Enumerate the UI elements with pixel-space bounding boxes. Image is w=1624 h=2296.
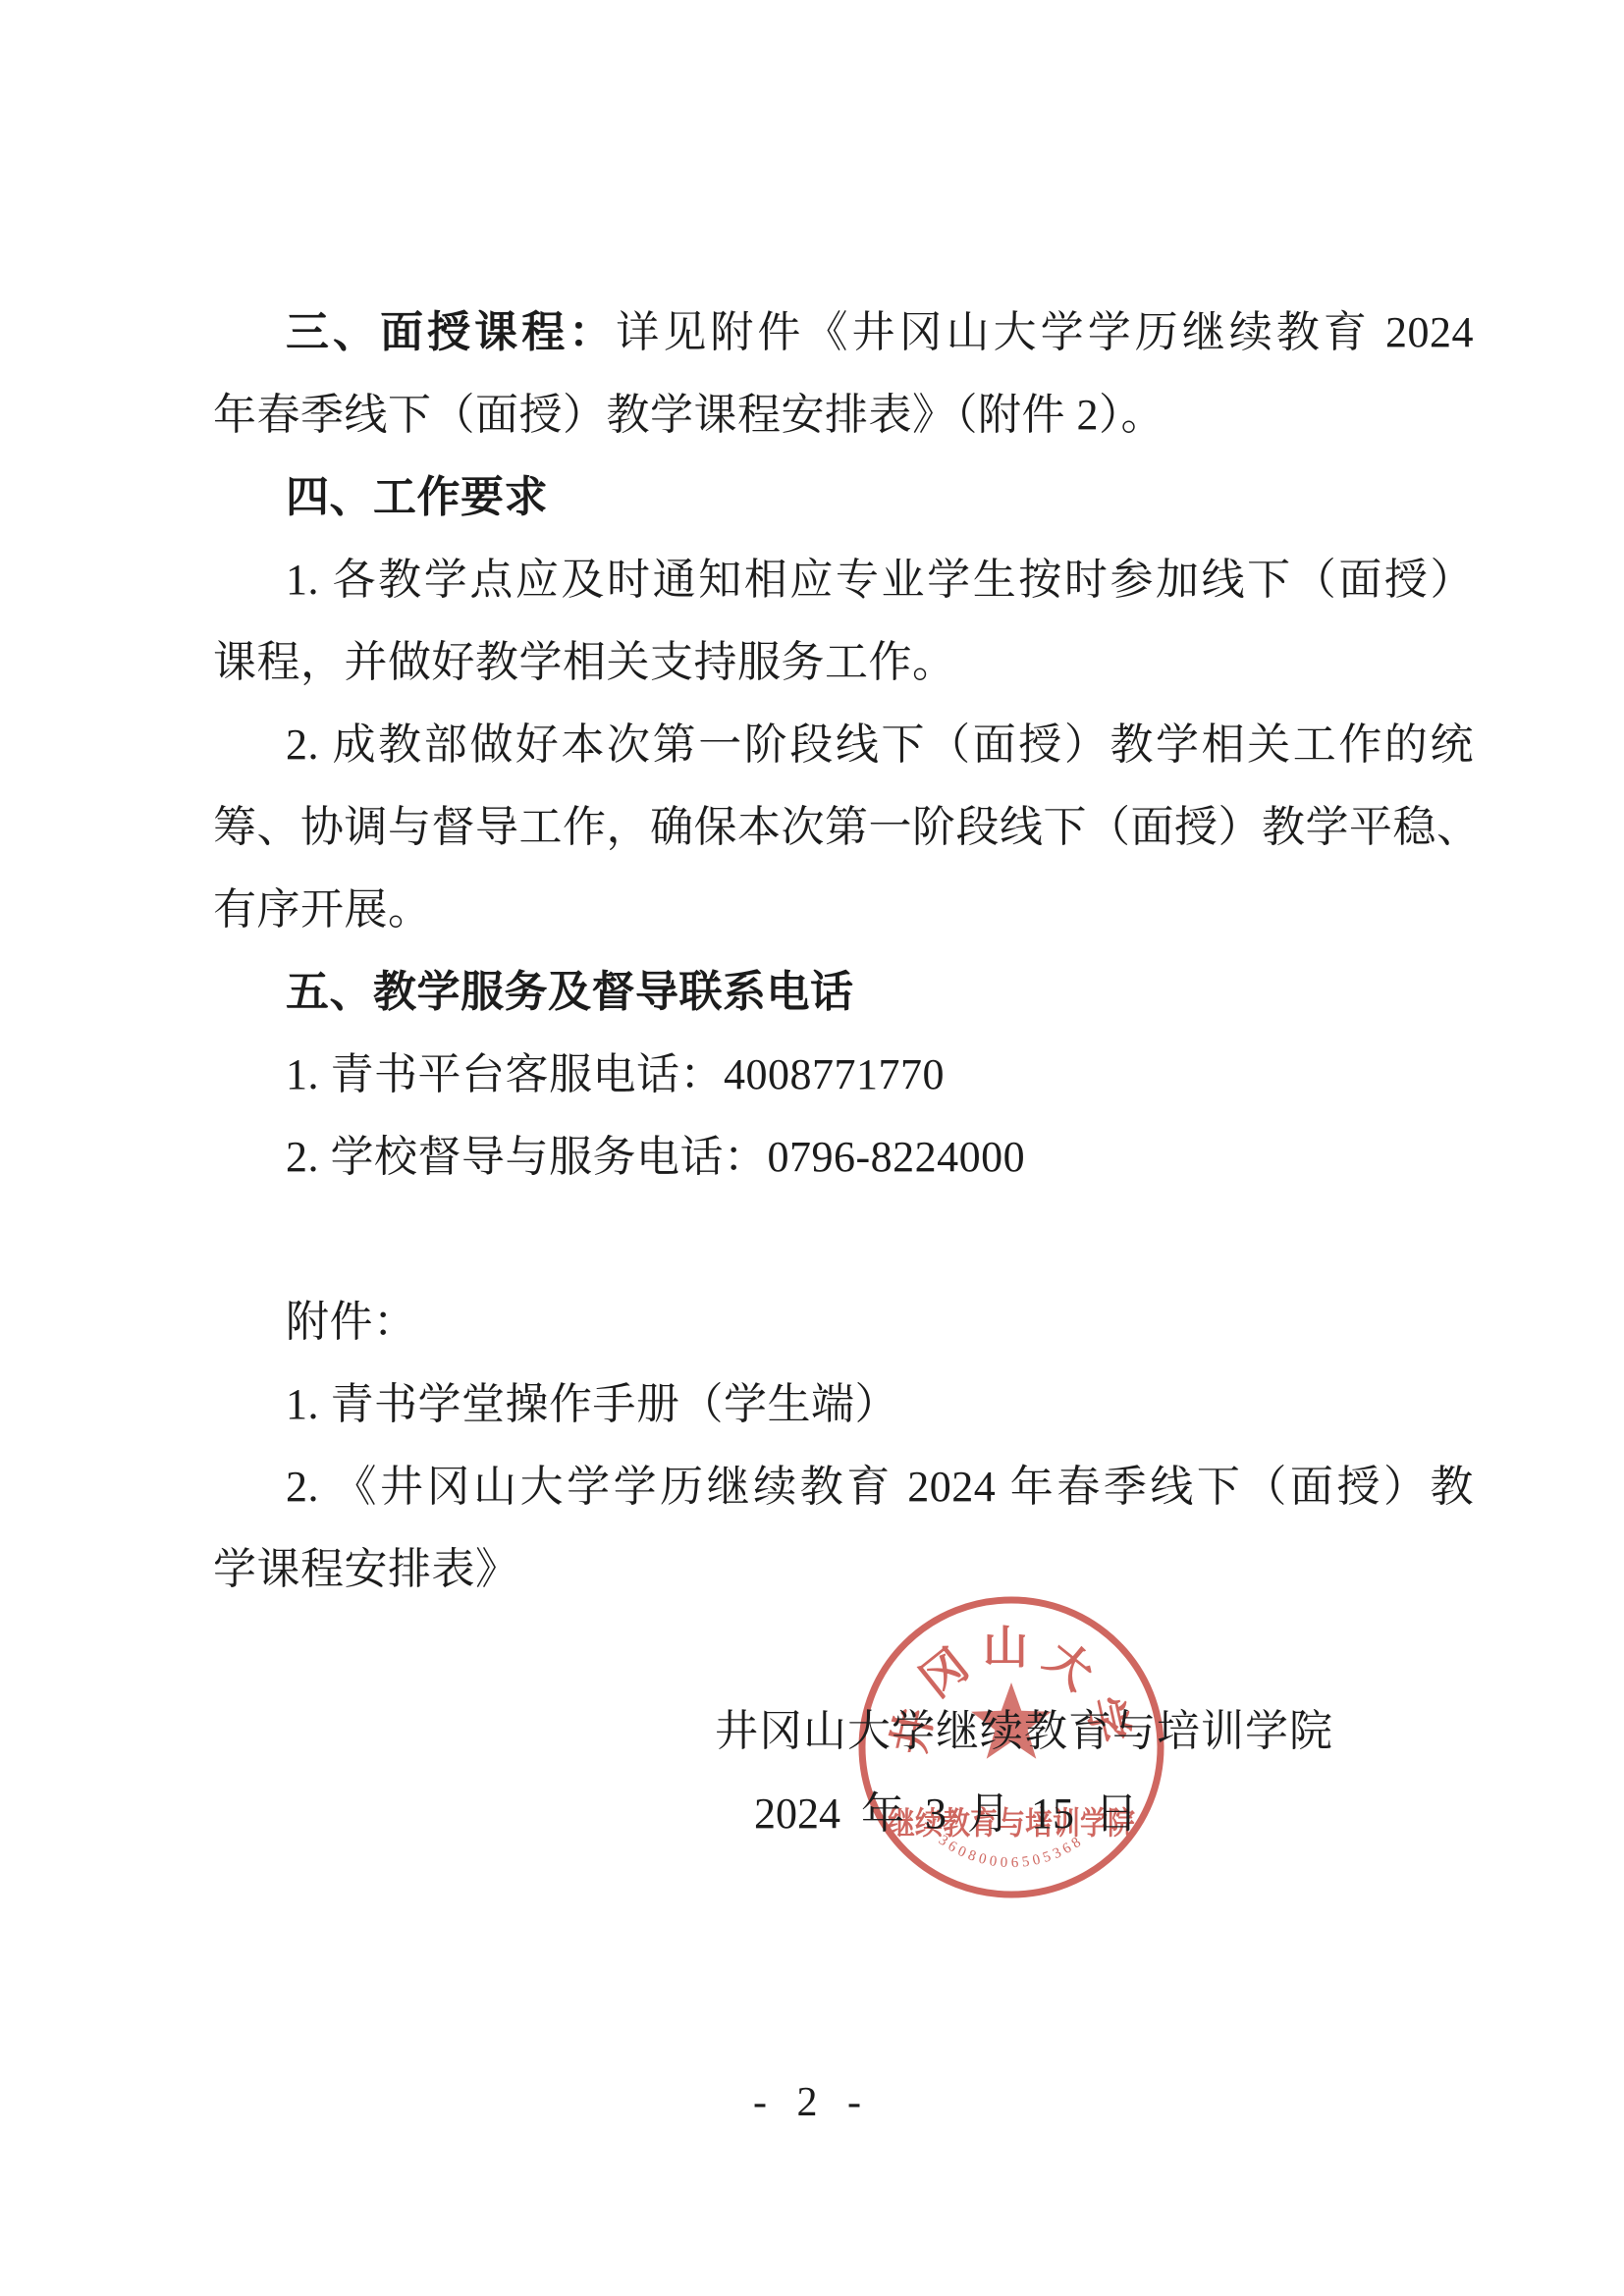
- section3-line2: 年春季线下（面授）教学课程安排表》（附件 2）。: [213, 374, 1474, 456]
- attachments-label: 附件：: [213, 1281, 1474, 1363]
- attachment-item-2-line2: 学课程安排表》: [213, 1528, 1474, 1611]
- requirement2-line1: 2. 成教部做好本次第一阶段线下（面授）教学相关工作的统: [213, 704, 1474, 786]
- requirement1-line2: 课程，并做好教学相关支持服务工作。: [213, 621, 1474, 704]
- section5-heading: 五、教学服务及督导联系电话: [213, 951, 1474, 1034]
- section3-text-start: 详见附件《井冈山大学学历继续教育 2024: [616, 308, 1474, 356]
- section3-heading-lead: 三、面授课程：: [286, 308, 616, 356]
- signature-organization: 井冈山大学继续教育与培训学院: [715, 1706, 1333, 1757]
- phone-school: 2. 学校督导与服务电话：0796-8224000: [213, 1116, 1474, 1199]
- attachment-item-2-line1: 2. 《井冈山大学学历继续教育 2024 年春季线下（面授）教: [213, 1446, 1474, 1528]
- requirement1-line1: 1. 各教学点应及时通知相应专业学生按时参加线下（面授）: [213, 539, 1474, 621]
- page-number: - 2 -: [0, 2079, 1624, 2126]
- document-page: 三、面授课程：详见附件《井冈山大学学历继续教育 2024 年春季线下（面授）教学…: [0, 0, 1624, 2296]
- phone-platform: 1. 青书平台客服电话：4008771770: [213, 1034, 1474, 1116]
- attachment-item-1: 1. 青书学堂操作手册（学生端）: [213, 1363, 1474, 1446]
- section3-line1: 三、面授课程：详见附件《井冈山大学学历继续教育 2024: [213, 292, 1474, 374]
- section4-heading: 四、工作要求: [213, 456, 1474, 539]
- signature-date: 2024 年 3 月 15 日: [754, 1789, 1138, 1840]
- document-body: 三、面授课程：详见附件《井冈山大学学历继续教育 2024 年春季线下（面授）教学…: [213, 292, 1474, 1611]
- requirement2-line2: 筹、协调与督导工作，确保本次第一阶段线下（面授）教学平稳、: [213, 786, 1474, 869]
- requirement2-line3: 有序开展。: [213, 869, 1474, 951]
